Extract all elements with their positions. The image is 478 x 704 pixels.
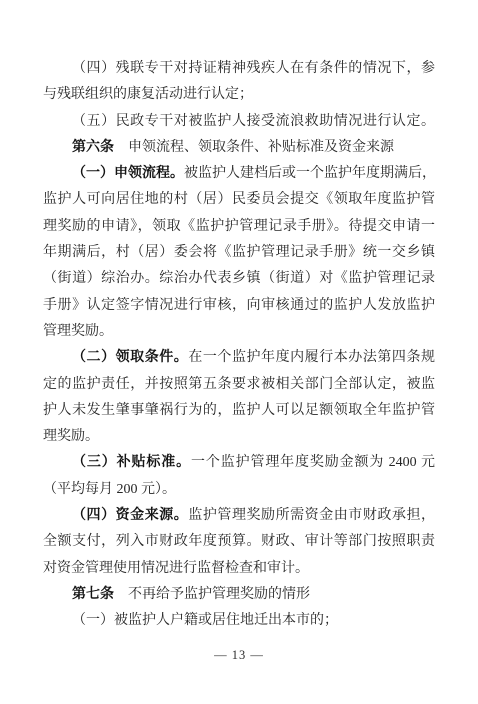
- text-line: 手册》认定签字情况进行审核，向审核通过的监护人发放监护: [43, 293, 435, 319]
- text-line: 年期满后，村（居）委会将《监护管理记录手册》统一交乡镇: [43, 240, 435, 266]
- text-segment: 全额支付，列入市财政年度预算。财政、审计等部门按照职责: [43, 534, 435, 549]
- text-segment: 护人未发生肇事肇祸行为的，监护人可以足额领取全年监护管: [43, 403, 435, 418]
- text-segment: 管理奖励。: [43, 324, 113, 339]
- text-line: （三）补贴标准。一个监护管理年度奖励金额为 2400 元: [43, 450, 435, 476]
- text-line: 第六条 申领流程、领取条件、补贴标准及资金来源: [43, 135, 435, 161]
- text-line: 理奖励的申请》，领取《监护护管理记录手册》。待提交申请一: [43, 214, 435, 240]
- text-line: 全额支付，列入市财政年度预算。财政、审计等部门按照职责: [43, 529, 435, 555]
- text-line: 定的监护责任，并按照第五条要求被相关部门全部认定，被监: [43, 372, 435, 398]
- text-line: 监护人可向居住地的村（居）民委员会提交《领取年度监护管: [43, 187, 435, 213]
- text-segment: （四）残联专干对持证精神残疾人在有条件的情况下，参: [72, 61, 435, 76]
- text-line: 第七条 不再给予监护管理奖励的情形: [43, 582, 435, 608]
- text-line: 理奖励。: [43, 424, 435, 450]
- text-line: 对资金管理使用情况进行监督检查和审计。: [43, 556, 435, 582]
- text-segment: 申领流程、领取条件、补贴标准及资金来源: [114, 140, 394, 155]
- text-segment: （一）被监护人户籍或居住地迁出本市的；: [72, 613, 338, 628]
- text-segment: 年期满后，村（居）委会将《监护管理记录手册》统一交乡镇: [43, 245, 435, 260]
- text-segment: （五）民政专干对被监护人接受流浪救助情况进行认定。: [72, 114, 435, 129]
- text-segment: 对资金管理使用情况进行监督检查和审计。: [43, 561, 309, 576]
- text-line: 与残联组织的康复活动进行认定；: [43, 82, 435, 108]
- text-line: （平均每月 200 元）。: [43, 477, 435, 503]
- text-line: （四）资金来源。监护管理奖励所需资金由市财政承担，: [43, 503, 435, 529]
- bold-label: 第七条: [72, 587, 114, 602]
- text-line: （一）被监护人户籍或居住地迁出本市的；: [43, 608, 435, 634]
- text-line: （五）民政专干对被监护人接受流浪救助情况进行认定。: [43, 109, 435, 135]
- page-number: — 13 —: [0, 648, 478, 663]
- text-segment: 在一个监护年度内履行本办法第四条规: [188, 350, 435, 365]
- text-line: 护人未发生肇事肇祸行为的，监护人可以足额领取全年监护管: [43, 398, 435, 424]
- document-page: （四）残联专干对持证精神残疾人在有条件的情况下，参与残联组织的康复活动进行认定；…: [0, 0, 478, 704]
- text-segment: 手册》认定签字情况进行审核，向审核通过的监护人发放监护: [43, 298, 435, 313]
- bold-label: （四）资金来源。: [72, 508, 188, 523]
- text-segment: 监护管理奖励所需资金由市财政承担，: [188, 508, 435, 523]
- text-segment: 监护人可向居住地的村（居）民委员会提交《领取年度监护管: [43, 192, 435, 207]
- bold-label: （二）领取条件。: [72, 350, 188, 365]
- bold-label: （三）补贴标准。: [72, 455, 191, 470]
- text-segment: 被监护人建档后或一个监护年度期满后，: [184, 166, 436, 181]
- text-segment: 理奖励。: [43, 429, 99, 444]
- text-segment: 与残联组织的康复活动进行认定；: [43, 87, 253, 102]
- text-block: （四）残联专干对持证精神残疾人在有条件的情况下，参与残联组织的康复活动进行认定；…: [43, 56, 435, 635]
- text-line: 管理奖励。: [43, 319, 435, 345]
- text-line: （一）申领流程。被监护人建档后或一个监护年度期满后，: [43, 161, 435, 187]
- bold-label: 第六条: [72, 140, 114, 155]
- bold-label: （一）申领流程。: [72, 166, 184, 181]
- text-segment: （平均每月 200 元）。: [43, 482, 176, 497]
- text-segment: 一个监护管理年度奖励金额为 2400 元: [191, 455, 435, 470]
- text-line: （街道）综治办。综治办代表乡镇（街道）对《监护管理记录: [43, 266, 435, 292]
- text-segment: 理奖励的申请》，领取《监护护管理记录手册》。待提交申请一: [43, 219, 435, 234]
- text-segment: 不再给予监护管理奖励的情形: [114, 587, 310, 602]
- text-line: （二）领取条件。在一个监护年度内履行本办法第四条规: [43, 345, 435, 371]
- text-segment: 定的监护责任，并按照第五条要求被相关部门全部认定，被监: [43, 377, 435, 392]
- text-line: （四）残联专干对持证精神残疾人在有条件的情况下，参: [43, 56, 435, 82]
- text-segment: （街道）综治办。综治办代表乡镇（街道）对《监护管理记录: [43, 271, 435, 286]
